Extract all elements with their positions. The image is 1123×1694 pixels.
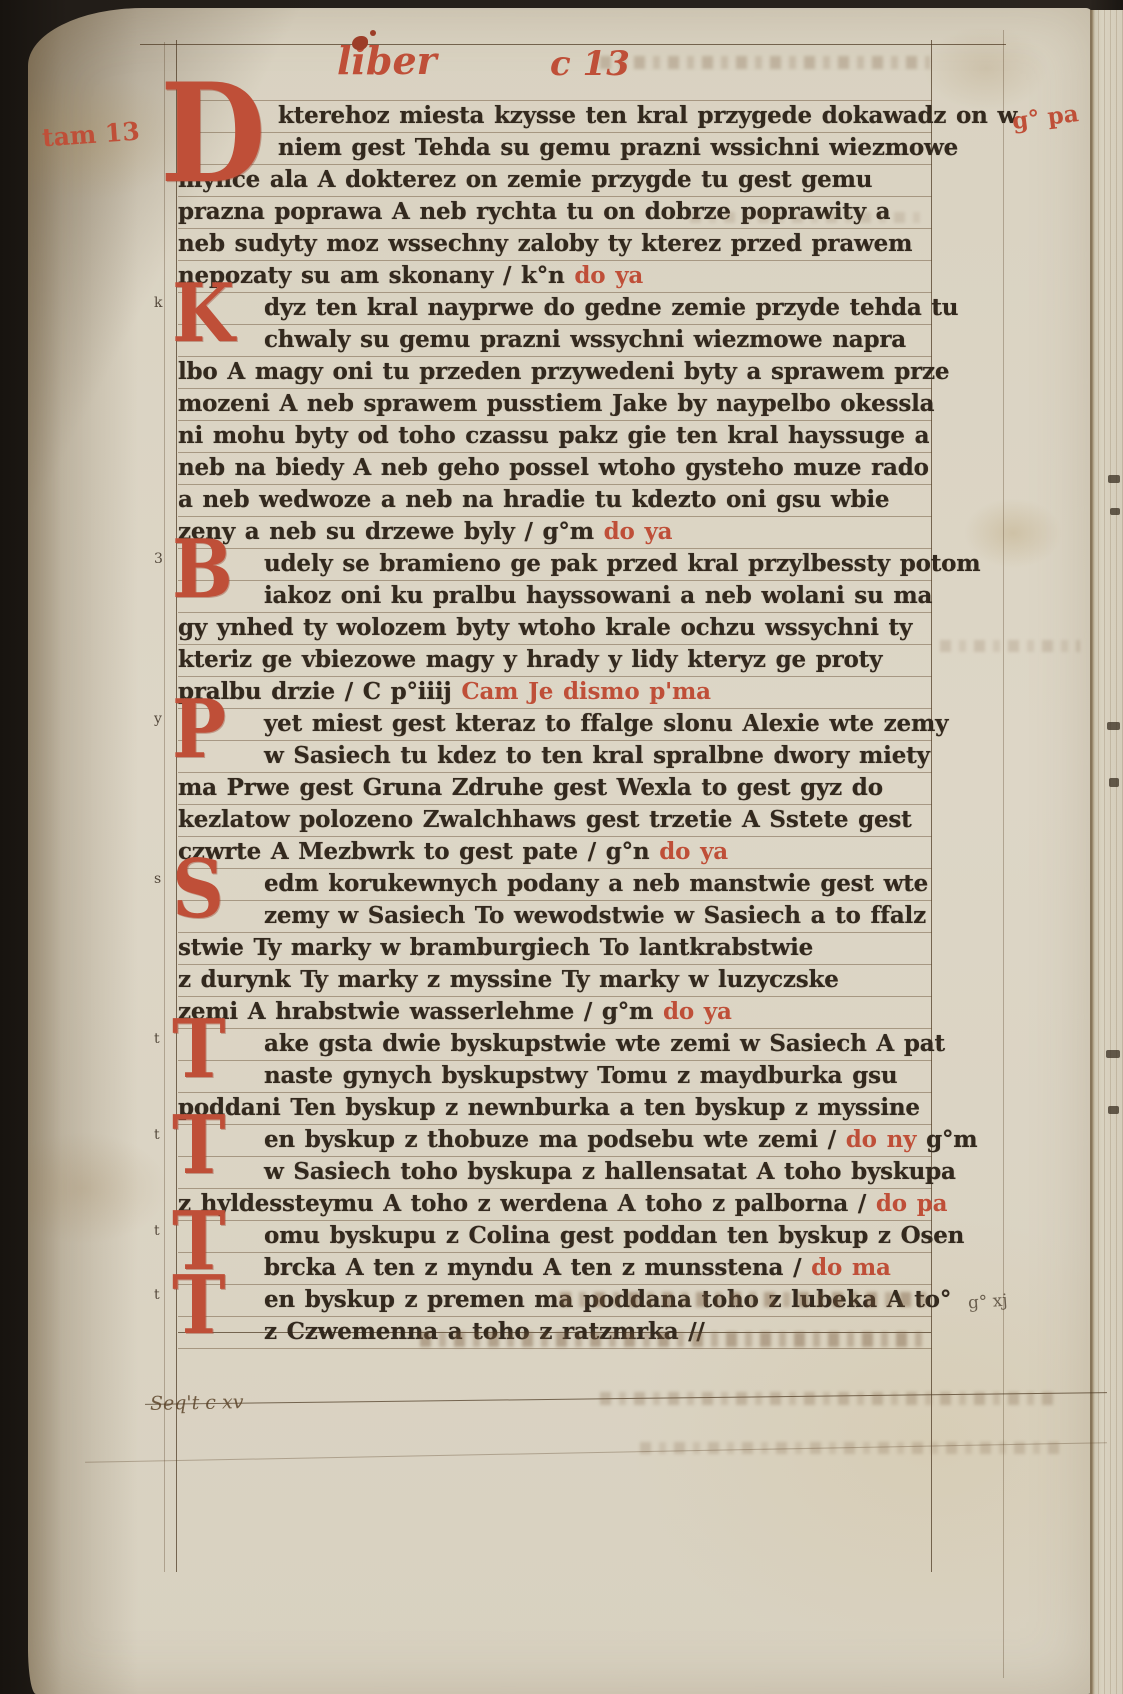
- text-line: ni mohu byty od toho czassu pakz gie ten…: [178, 421, 932, 453]
- initial-letter: S: [172, 853, 224, 926]
- body-text: chwaly su gemu prazni wssychni wiezmowe …: [264, 326, 906, 353]
- guide-letter: y: [154, 711, 162, 727]
- frame-line-vertical: [1003, 30, 1004, 1678]
- text-line: iakoz oni ku pralbu hayssowani a neb wol…: [178, 581, 932, 613]
- text-line: ma Prwe gest Gruna Zdruhe gest Wexla to …: [178, 773, 932, 805]
- text-line: z durynk Ty marky z myssine Ty marky w l…: [178, 965, 932, 997]
- body-text: yet miest gest kteraz to ffalge slonu Al…: [264, 710, 948, 737]
- body-text: zeny a neb su drzewe byly / g°m: [178, 518, 604, 545]
- body-text: neb sudyty moz wssechny zaloby ty kterez…: [178, 230, 912, 257]
- body-text: w Sasiech tu kdez to ten kral spralbne d…: [264, 742, 930, 769]
- body-text: g°m: [916, 1126, 977, 1153]
- paragraph: Kkdyz ten kral nayprwe do gedne zemie pr…: [178, 293, 932, 549]
- body-text: a neb wedwoze a neb na hradie tu kdezto …: [178, 486, 889, 513]
- body-text: ma Prwe gest Gruna Zdruhe gest Wexla to …: [178, 774, 883, 801]
- rubric-text: do ya: [604, 518, 673, 545]
- text-line: neb sudyty moz wssechny zaloby ty kterez…: [178, 229, 932, 261]
- text-line: kteriz ge vbiezowe magy y hrady y lidy k…: [178, 645, 932, 677]
- paragraph: Pyyet miest gest kteraz to ffalge slonu …: [178, 709, 932, 869]
- text-line: naste gynych byskupstwy Tomu z maydburka…: [178, 1061, 932, 1093]
- body-text: nepozaty su am skonany / k°n: [178, 262, 574, 289]
- initial-letter: K: [172, 277, 235, 350]
- body-text: mynce ala A dokterez on zemie przygde tu…: [178, 166, 872, 193]
- paragraph: B3udely se bramieno ge pak przed kral pr…: [178, 549, 932, 709]
- initial-letter: T: [172, 1109, 226, 1182]
- text-line: gy ynhed ty wolozem byty wtoho krale och…: [178, 613, 932, 645]
- text-line: z hyldessteymu A toho z werdena A toho z…: [178, 1189, 932, 1221]
- guide-letter: t: [154, 1223, 160, 1239]
- manuscript-photo: liber c 13 tam 13 g° pa g° xj Seq't c xv…: [0, 0, 1123, 1694]
- guide-letter: 3: [154, 551, 163, 567]
- guide-letter: t: [154, 1127, 160, 1143]
- paragraph: Ttomu byskupu z Colina gest poddan ten b…: [178, 1221, 932, 1285]
- body-text: z hyldessteymu A toho z werdena A toho z…: [178, 1190, 876, 1217]
- text-line: omu byskupu z Colina gest poddan ten bys…: [178, 1221, 932, 1253]
- initial-letter: T: [172, 1013, 226, 1086]
- guide-letter: t: [154, 1287, 160, 1303]
- guide-letter: k: [154, 295, 162, 311]
- text-line: dyz ten kral nayprwe do gedne zemie przy…: [178, 293, 932, 325]
- text-line: zemi A hrabstwie wasserlehme / g°m do ya: [178, 997, 932, 1029]
- text-line: kezlatow polozeno Zwalchhaws gest trzeti…: [178, 805, 932, 837]
- text-line: niem gest Tehda su gemu prazni wssichni …: [178, 133, 932, 165]
- paragraph: Tten byskup z thobuze ma podsebu wte zem…: [178, 1125, 932, 1221]
- body-text: zemy w Sasiech To wewodstwie w Sasiech a…: [264, 902, 926, 929]
- text-line: mynce ala A dokterez on zemie przygde tu…: [178, 165, 932, 197]
- text-line: nepozaty su am skonany / k°n do ya: [178, 261, 932, 293]
- frame-line-vertical: [164, 42, 165, 1572]
- body-text: kterehoz miesta kzysse ten kral przygede…: [278, 102, 1017, 129]
- body-text: omu byskupu z Colina gest poddan ten bys…: [264, 1222, 964, 1249]
- paragraph: Dkterehoz miesta kzysse ten kral przyged…: [178, 101, 932, 293]
- body-text: kezlatow polozeno Zwalchhaws gest trzeti…: [178, 806, 912, 833]
- text-line: stwie Ty marky w bramburgiech To lantkra…: [178, 933, 932, 965]
- chapter-number: c 13: [550, 44, 630, 84]
- bleedthrough-ghost: [600, 1392, 1060, 1405]
- body-text: kteriz ge vbiezowe magy y hrady y lidy k…: [178, 646, 882, 673]
- text-line: a neb wedwoze a neb na hradie tu kdezto …: [178, 485, 932, 517]
- bleedthrough-ghost: [600, 56, 930, 69]
- next-page-ink-fragment: [1109, 778, 1119, 787]
- body-text: w Sasiech toho byskupa z hallensatat A t…: [264, 1158, 956, 1185]
- rubric-text: do pa: [876, 1190, 947, 1217]
- body-text: ake gsta dwie byskupstwie wte zemi w Sas…: [264, 1030, 945, 1057]
- body-text: stwie Ty marky w bramburgiech To lantkra…: [178, 934, 813, 961]
- bleedthrough-ghost: [640, 1442, 1060, 1454]
- next-page-ink-fragment: [1108, 1106, 1119, 1114]
- text-line: zemy w Sasiech To wewodstwie w Sasiech a…: [178, 901, 932, 933]
- body-text: neb na biedy A neb geho possel wtoho gys…: [178, 454, 929, 481]
- initial-letter: B: [172, 533, 233, 606]
- text-line: neb na biedy A neb geho possel wtoho gys…: [178, 453, 932, 485]
- text-line: edm korukewnych podany a neb manstwie ge…: [178, 869, 932, 901]
- guide-letter: t: [154, 1031, 160, 1047]
- paragraph: Ssedm korukewnych podany a neb manstwie …: [178, 869, 932, 1029]
- catchword-note: Seq't c xv: [150, 1391, 244, 1415]
- body-text: edm korukewnych podany a neb manstwie ge…: [264, 870, 928, 897]
- text-line: mozeni A neb sprawem pusstiem Jake by na…: [178, 389, 932, 421]
- body-text: z durynk Ty marky z myssine Ty marky w l…: [178, 966, 839, 993]
- text-line: kterehoz miesta kzysse ten kral przygede…: [178, 101, 932, 133]
- body-text: iakoz oni ku pralbu hayssowani a neb wol…: [264, 582, 932, 609]
- body-text: lbo A magy oni tu przeden przywedeni byt…: [178, 358, 949, 385]
- bleedthrough-ghost: [560, 1292, 930, 1307]
- body-text: ni mohu byty od toho czassu pakz gie ten…: [178, 422, 929, 449]
- body-text: brcka A ten z myndu A ten z munsstena /: [264, 1254, 811, 1281]
- text-line: pralbu drzie / C p°iiij Cam Je dismo p'm…: [178, 677, 932, 709]
- paragraph: Ttake gsta dwie byskupstwie wte zemi w S…: [178, 1029, 932, 1125]
- text-line: en byskup z thobuze ma podsebu wte zemi …: [178, 1125, 932, 1157]
- rubric-text: Cam Je dismo p'ma: [461, 678, 711, 705]
- initial-letter: P: [172, 693, 226, 766]
- text-line: zeny a neb su drzewe byly / g°m do ya: [178, 517, 932, 549]
- body-text: naste gynych byskupstwy Tomu z maydburka…: [264, 1062, 897, 1089]
- text-block: Dkterehoz miesta kzysse ten kral przyged…: [178, 100, 932, 1349]
- text-line: czwrte A Mezbwrk to gest pate / g°n do y…: [178, 837, 932, 869]
- guide-letter: s: [154, 871, 161, 887]
- text-line: brcka A ten z myndu A ten z munsstena / …: [178, 1253, 932, 1285]
- text-line: udely se bramieno ge pak przed kral przy…: [178, 549, 932, 581]
- text-line: ake gsta dwie byskupstwie wte zemi w Sas…: [178, 1029, 932, 1061]
- body-text: en byskup z thobuze ma podsebu wte zemi …: [264, 1126, 846, 1153]
- initial-letter: D: [160, 72, 266, 195]
- body-text: zemi A hrabstwie wasserlehme / g°m: [178, 998, 663, 1025]
- next-page-ink-fragment: [1110, 508, 1120, 515]
- next-page-ink-fragment: [1106, 1050, 1120, 1058]
- bleedthrough-ghost: [420, 1332, 925, 1347]
- rubric-text: do ma: [811, 1254, 891, 1281]
- bleedthrough-ghost: [690, 212, 920, 223]
- initial-letter: T: [172, 1269, 226, 1342]
- rubric-text: do ya: [663, 998, 732, 1025]
- margin-note-right-low: g° xj: [967, 1291, 1008, 1314]
- text-line: poddani Ten byskup z newnburka a ten bys…: [178, 1093, 932, 1125]
- rubric-text: do ny: [846, 1126, 917, 1153]
- body-text: niem gest Tehda su gemu prazni wssichni …: [278, 134, 958, 161]
- bleedthrough-ghost: [940, 640, 1080, 652]
- next-page-ink-fragment: [1107, 722, 1120, 730]
- text-line: chwaly su gemu prazni wssychni wiezmowe …: [178, 325, 932, 357]
- body-text: udely se bramieno ge pak przed kral przy…: [264, 550, 980, 577]
- text-line: lbo A magy oni tu przeden przywedeni byt…: [178, 357, 932, 389]
- body-text: dyz ten kral nayprwe do gedne zemie przy…: [264, 294, 958, 321]
- body-text: gy ynhed ty wolozem byty wtoho krale och…: [178, 614, 912, 641]
- rubric-text: do ya: [574, 262, 643, 289]
- text-line: w Sasiech tu kdez to ten kral spralbne d…: [178, 741, 932, 773]
- body-text: czwrte A Mezbwrk to gest pate / g°n: [178, 838, 659, 865]
- next-page-ink-fragment: [1108, 475, 1120, 483]
- body-text: poddani Ten byskup z newnburka a ten bys…: [178, 1094, 920, 1121]
- text-line: yet miest gest kteraz to ffalge slonu Al…: [178, 709, 932, 741]
- text-line: w Sasiech toho byskupa z hallensatat A t…: [178, 1157, 932, 1189]
- rubric-text: do ya: [659, 838, 728, 865]
- body-text: mozeni A neb sprawem pusstiem Jake by na…: [178, 390, 934, 417]
